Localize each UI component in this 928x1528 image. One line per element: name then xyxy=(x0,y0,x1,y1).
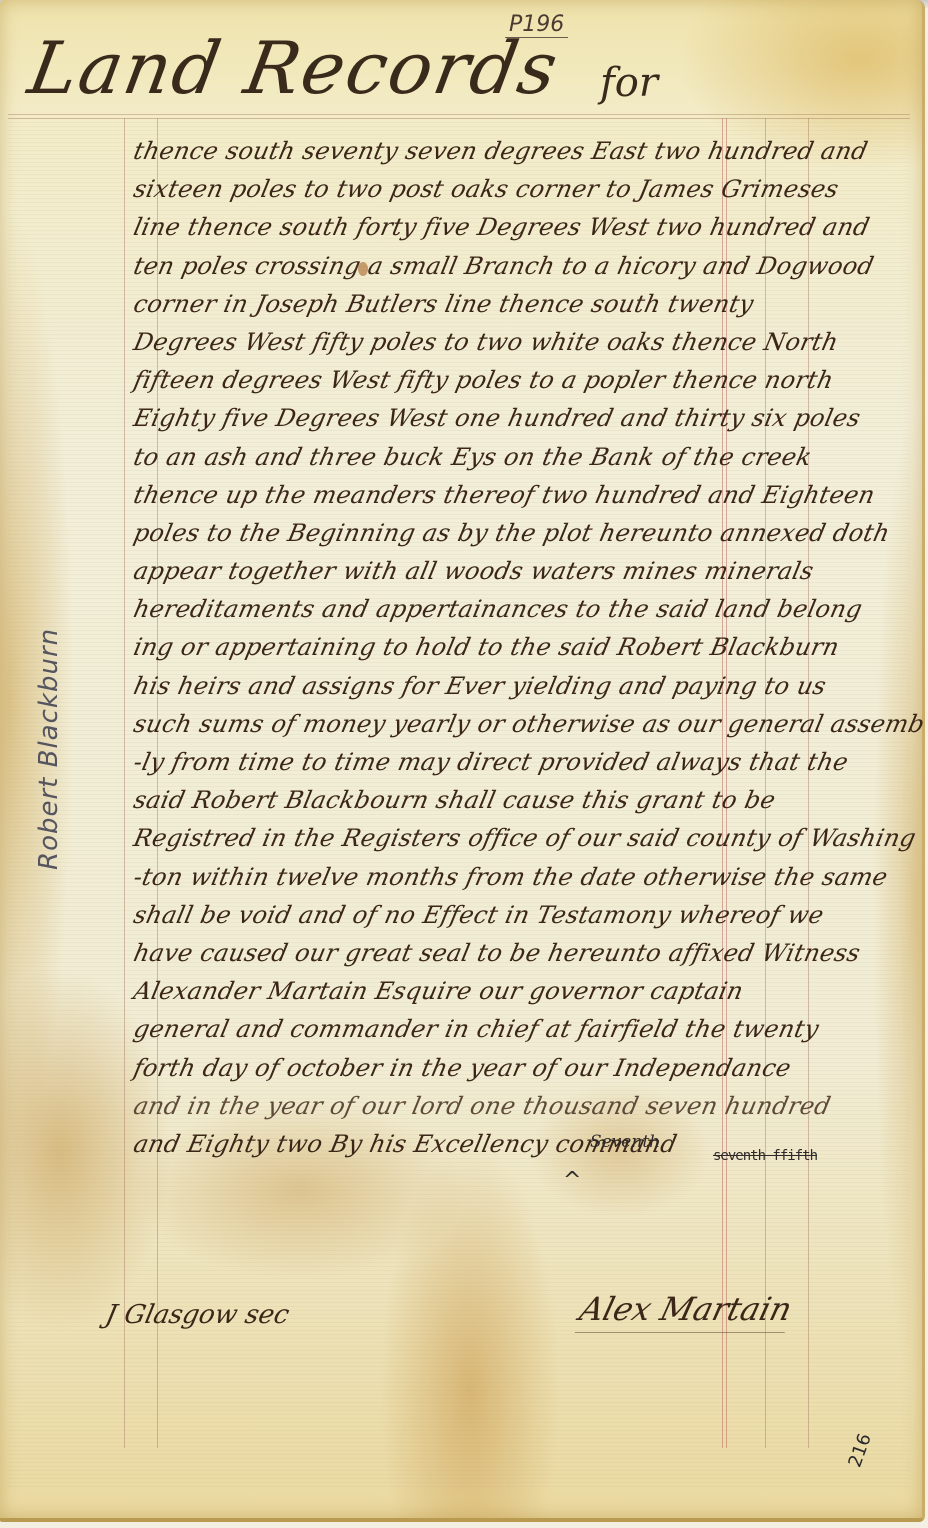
body-line: sixteen poles to two post oaks corner to… xyxy=(130,170,918,208)
body-line: -ton within twelve months from the date … xyxy=(130,858,918,896)
body-line: hereditaments and appertainances to the … xyxy=(130,590,918,628)
secretary-signature: J Glasgow sec xyxy=(103,1300,292,1330)
body-line: ing or appertaining to hold to the said … xyxy=(130,628,918,666)
page-title-suffix: for xyxy=(600,60,658,106)
manuscript-page: Land Records for P196 Robert Blackburn t… xyxy=(0,0,925,1522)
body-line: said Robert Blackbourn shall cause this … xyxy=(130,781,918,819)
body-line: corner in Joseph Butlers line thence sou… xyxy=(130,285,918,323)
body-line: thence up the meanders thereof two hundr… xyxy=(130,476,918,514)
margin-note-grantee: Robert Blackburn xyxy=(34,628,64,870)
deed-body: thence south seventy seven degrees East … xyxy=(134,132,914,1163)
margin-rule-left-outer xyxy=(124,118,125,1448)
body-line: appear together with all woods waters mi… xyxy=(130,552,918,590)
page-title: Land Records xyxy=(24,32,565,104)
body-line: his heirs and assigns for Ever yielding … xyxy=(130,667,918,705)
body-line: forth day of october in the year of our … xyxy=(130,1049,918,1087)
body-line: general and commander in chief at fairfi… xyxy=(130,1010,918,1048)
struck-through-text: seventh ffifth xyxy=(713,1148,817,1164)
body-line: thence south seventy seven degrees East … xyxy=(130,132,918,170)
body-line: Alexander Martain Esquire our governor c… xyxy=(130,972,918,1010)
body-line: to an ash and three buck Eys on the Bank… xyxy=(130,438,918,476)
body-line: have caused our great seal to be hereunt… xyxy=(130,934,918,972)
body-line: and in the year of our lord one thousand… xyxy=(130,1087,918,1125)
body-line: ten poles crossing a small Branch to a h… xyxy=(130,247,918,285)
body-line: fifteen degrees West fifty poles to a po… xyxy=(130,361,918,399)
header-rule-secondary xyxy=(8,118,910,119)
body-line: Registred in the Registers office of our… xyxy=(130,819,918,857)
body-line: Eighty five Degrees West one hundred and… xyxy=(130,399,918,437)
body-line: shall be void and of no Effect in Testam… xyxy=(130,896,918,934)
body-line: line thence south forty five Degrees Wes… xyxy=(130,208,918,246)
insert-caret-icon: ^ xyxy=(563,1168,581,1193)
body-line: such sums of money yearly or otherwise a… xyxy=(130,705,918,743)
governor-signature: Alex Martain xyxy=(575,1290,796,1333)
body-line: Degrees West fifty poles to two white oa… xyxy=(130,323,918,361)
body-line: poles to the Beginning as by the plot he… xyxy=(130,514,918,552)
body-line: -ly from time to time may direct provide… xyxy=(130,743,918,781)
interlinear-insert: Seventh xyxy=(590,1132,660,1152)
page-reference: P196 xyxy=(505,12,568,38)
header-rule xyxy=(8,114,910,115)
